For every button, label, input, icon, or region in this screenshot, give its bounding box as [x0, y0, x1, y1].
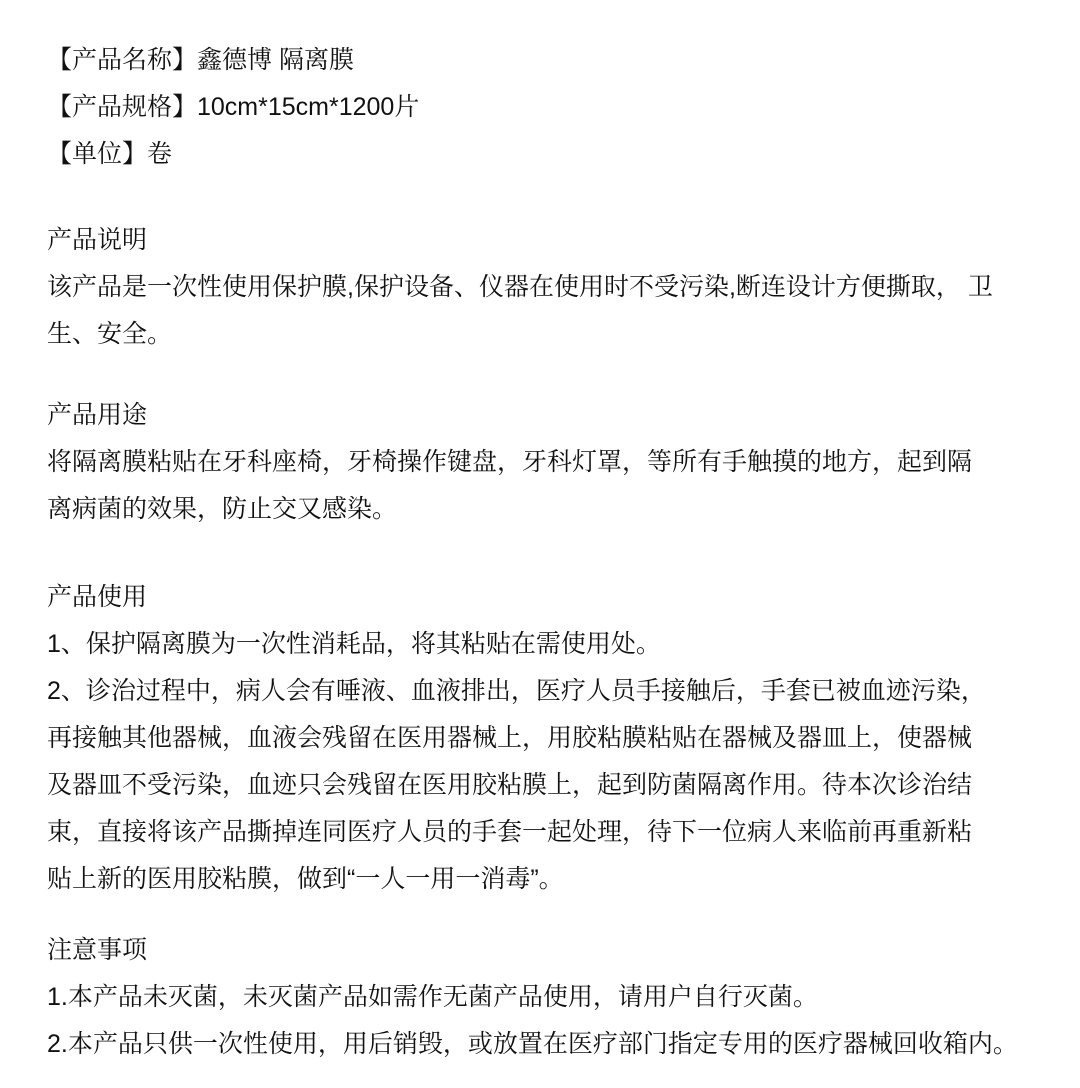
section-product-description: 产品说明 该产品是一次性使用保护膜,保护设备、仪器在使用时不受污染,断连设计方便…: [47, 217, 1040, 358]
product-spec-line: 【产品规格】10cm*15cm*1200片: [47, 84, 1040, 131]
section-product-use-instructions: 产品使用 1、保护隔离膜为一次性消耗品，将其粘贴在需使用处。 2、诊治过程中，病…: [47, 574, 1040, 903]
section-precautions: 注意事项 1.本产品未灭菌，未灭菌产品如需作无菌产品使用，请用户自行灭菌。 2.…: [47, 927, 1040, 1068]
section-heading-product-description: 产品说明: [47, 217, 1040, 264]
section-body-product-usage-purpose: 将隔离膜粘贴在牙科座椅，牙椅操作键盘，牙科灯罩，等所有手触摸的地方，起到隔 离病…: [47, 439, 1040, 533]
section-product-usage-purpose: 产品用途 将隔离膜粘贴在牙科座椅，牙椅操作键盘，牙科灯罩，等所有手触摸的地方，起…: [47, 392, 1040, 533]
section-body-product-description: 该产品是一次性使用保护膜,保护设备、仪器在使用时不受污染,断连设计方便撕取， 卫…: [47, 264, 1040, 358]
section-heading-precautions: 注意事项: [47, 927, 1040, 974]
section-heading-product-use-instructions: 产品使用: [47, 574, 1040, 621]
section-body-precautions: 1.本产品未灭菌，未灭菌产品如需作无菌产品使用，请用户自行灭菌。 2.本产品只供…: [47, 974, 1040, 1068]
product-name-line: 【产品名称】鑫德博 隔离膜: [47, 37, 1040, 84]
section-body-product-use-instructions: 1、保护隔离膜为一次性消耗品，将其粘贴在需使用处。 2、诊治过程中，病人会有唾液…: [47, 621, 1040, 903]
section-heading-product-usage-purpose: 产品用途: [47, 392, 1040, 439]
product-unit-line: 【单位】卷: [47, 131, 1040, 178]
product-info-block: 【产品名称】鑫德博 隔离膜 【产品规格】10cm*15cm*1200片 【单位】…: [47, 37, 1040, 178]
product-description-document: 【产品名称】鑫德博 隔离膜 【产品规格】10cm*15cm*1200片 【单位】…: [0, 0, 1080, 1088]
